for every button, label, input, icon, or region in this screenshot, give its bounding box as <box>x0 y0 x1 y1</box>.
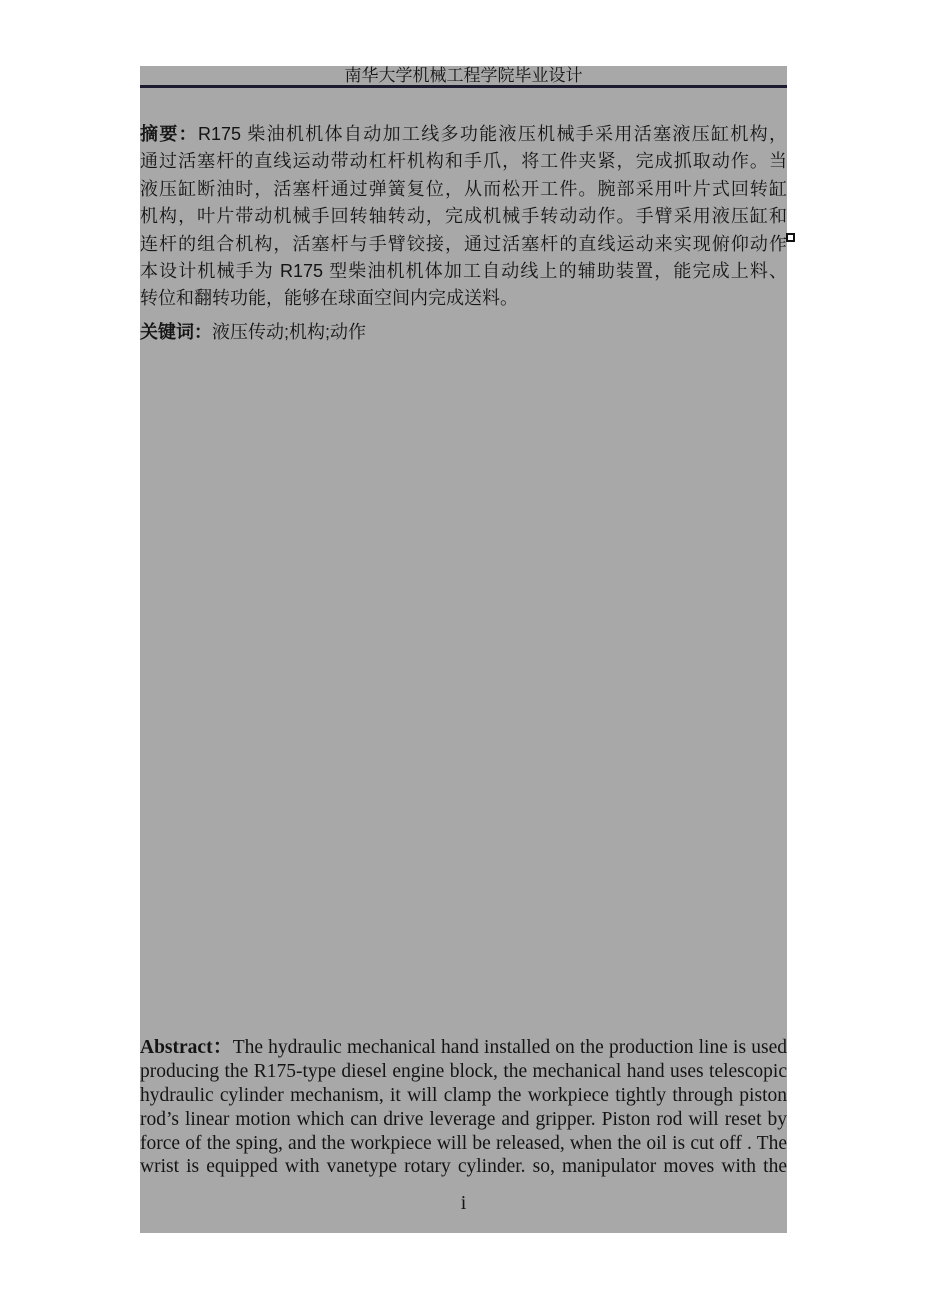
english-abstract: Abstract：The hydraulic mechanical hand i… <box>140 1036 787 1179</box>
text-line: force of the sping, and the workpiece wi… <box>140 1132 787 1156</box>
english-abstract-label: Abstract： <box>140 1037 233 1058</box>
text-line: rod’s linear motion which can drive leve… <box>140 1108 787 1132</box>
text-line: 转位和翻转功能，能够在球面空间内完成送料。 <box>140 285 787 312</box>
page-number: i <box>140 1192 787 1215</box>
text-line: wrist is equipped with vanetype rotary c… <box>140 1155 787 1179</box>
chinese-abstract: 摘要：R175 柴油机机体自动加工线多功能液压机械手采用活塞液压缸机构， 通过活… <box>140 121 787 313</box>
keywords-value: 液压传动;机构;动作 <box>212 322 366 342</box>
overflow-period-mark: 。 <box>786 233 795 242</box>
english-abstract-first-line-text: The hydraulic mechanical hand installed … <box>140 1037 787 1060</box>
text-line: 本设计机械手为 R175 型柴油机机体加工自动线上的辅助装置，能完成上料、 <box>140 258 787 285</box>
text-line: 通过活塞杆的直线运动带动杠杆机构和手爪，将工件夹紧，完成抓取动作。当 <box>140 148 787 175</box>
keywords-line: 关键词：液压传动;机构;动作 <box>140 319 787 346</box>
text-line: 机构，叶片带动机械手回转轴转动，完成机械手转动动作。手臂采用液压缸和 <box>140 203 787 230</box>
page-header-title: 南华大学机械工程学院毕业设计 <box>140 66 787 88</box>
text-line: 连杆的组合机构，活塞杆与手臂铰接，通过活塞杆的直线运动来实现俯仰动作 <box>140 231 787 258</box>
chinese-abstract-first-line-text: R175 柴油机机体自动加工线多功能液压机械手采用活塞液压缸机构， <box>198 124 787 144</box>
document-page: 南华大学机械工程学院毕业设计 摘要：R175 柴油机机体自动加工线多功能液压机械… <box>140 66 787 1233</box>
english-abstract-first-line: Abstract：The hydraulic mechanical hand i… <box>140 1036 787 1060</box>
text-line: hydraulic cylinder mechanism, it will cl… <box>140 1084 787 1108</box>
chinese-abstract-label: 摘要： <box>140 124 198 144</box>
text-line: producing the R175-type diesel engine bl… <box>140 1060 787 1084</box>
keywords-label: 关键词： <box>140 322 212 342</box>
chinese-abstract-first-line: 摘要：R175 柴油机机体自动加工线多功能液压机械手采用活塞液压缸机构， <box>140 121 787 148</box>
text-line: 液压缸断油时，活塞杆通过弹簧复位，从而松开工件。腕部采用叶片式回转缸 <box>140 176 787 203</box>
chinese-abstract-lines: 通过活塞杆的直线运动带动杠杆机构和手爪，将工件夹紧，完成抓取动作。当液压缸断油时… <box>140 148 787 312</box>
english-abstract-lines: producing the R175-type diesel engine bl… <box>140 1060 787 1179</box>
